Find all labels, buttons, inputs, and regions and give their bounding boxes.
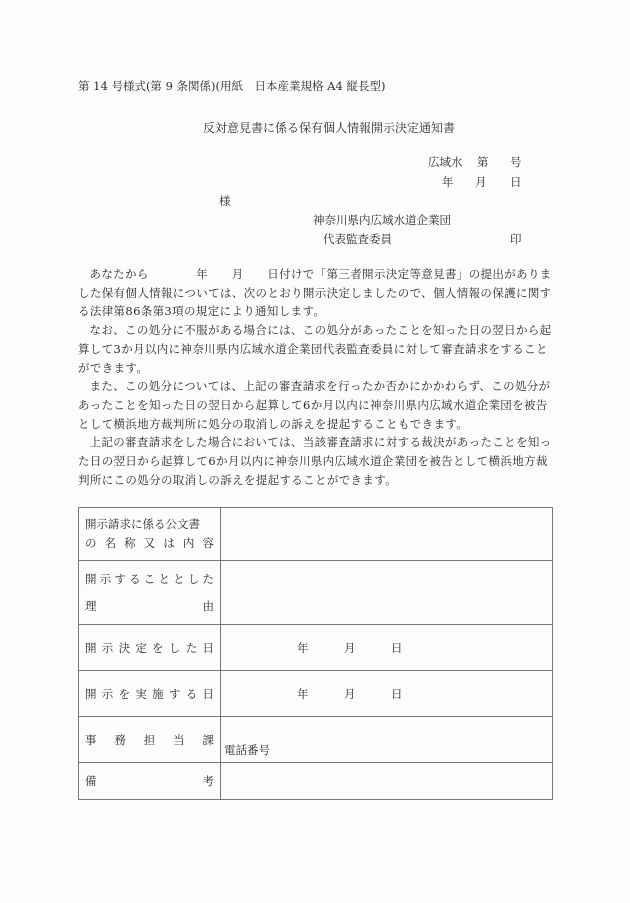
label-implementation-date: 開示を実施する日 <box>79 671 221 717</box>
date-year: 年 <box>442 174 454 190</box>
date-day: 日 <box>510 174 522 190</box>
issuer-title: 代表監査委員 <box>323 231 392 247</box>
label-remarks: 備考 <box>79 763 221 800</box>
form-number: 第 14 号様式(第 9 条関係)(用紙 日本産業規格 A4 縦長型) <box>78 78 385 94</box>
value-implementation-date[interactable]: 年 月 日 <box>221 671 553 717</box>
disclosure-info-table: 開示請求に係る公文書 の名称又は内容 開示することとした 理由 開示決定をした日… <box>78 507 553 800</box>
ref-dai: 第 <box>477 154 489 170</box>
seal-mark: 印 <box>510 231 522 247</box>
table-row-remarks: 備考 <box>79 763 553 800</box>
label-line2: の名称又は内容 <box>85 534 214 553</box>
ref-prefix: 広域水 <box>428 154 463 170</box>
value-department[interactable]: 電話番号 <box>221 717 553 763</box>
paragraph-notice: あなたから 年 月 日付けで「第三者開示決定等意見書」の提出がありました保有個人… <box>78 265 553 321</box>
document-title: 反対意見書に係る保有個人情報開示決定通知書 <box>0 119 630 136</box>
notice-body: あなたから 年 月 日付けで「第三者開示決定等意見書」の提出がありました保有個人… <box>78 265 553 489</box>
value-decision-date[interactable]: 年 月 日 <box>221 625 553 671</box>
label-department: 事務担当課 <box>79 717 221 763</box>
label-document-name: 開示請求に係る公文書 の名称又は内容 <box>79 508 221 561</box>
paragraph-appeal: なお、この処分に不服がある場合には、この処分があったことを知った日の翌日から起算… <box>78 321 553 377</box>
table-row-decision-date: 開示決定をした日 年 月 日 <box>79 625 553 671</box>
label-decision-date: 開示決定をした日 <box>79 625 221 671</box>
paragraph-lawsuit-after-appeal: 上記の審査請求をした場合においては、当該審査請求に対する裁決があったことを知った… <box>78 433 553 489</box>
phone-label: 電話番号 <box>224 742 270 758</box>
table-row-department: 事務担当課 電話番号 <box>79 717 553 763</box>
date-month: 月 <box>475 174 487 190</box>
value-reason[interactable] <box>221 561 553 625</box>
value-remarks[interactable] <box>221 763 553 800</box>
label-reason: 開示することとした 理由 <box>79 561 221 625</box>
table-row-implementation-date: 開示を実施する日 年 月 日 <box>79 671 553 717</box>
addressee-suffix: 様 <box>219 193 231 209</box>
table-row-document-name: 開示請求に係る公文書 の名称又は内容 <box>79 508 553 561</box>
ref-go: 号 <box>510 154 522 170</box>
table-row-reason: 開示することとした 理由 <box>79 561 553 625</box>
paragraph-lawsuit: また、この処分については、上記の審査請求を行ったか否かにかかわらず、この処分があ… <box>78 377 553 433</box>
value-document-name[interactable] <box>221 508 553 561</box>
issuer-org: 神奈川県内広域水道企業団 <box>313 212 451 228</box>
